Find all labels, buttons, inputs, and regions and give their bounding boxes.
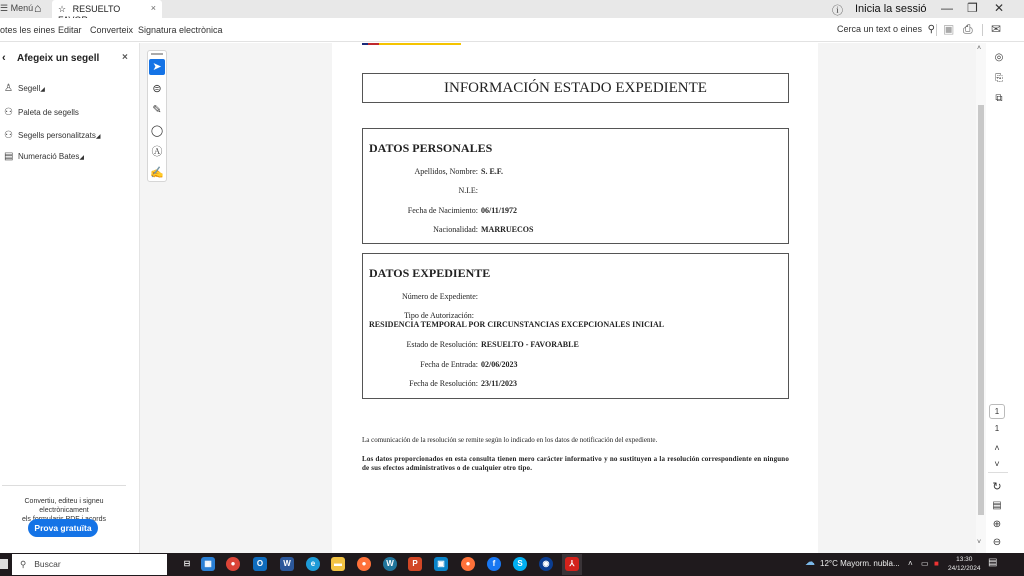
- custom-stamps-icon: ⚇: [4, 130, 16, 141]
- quick-tools-toolbar: ➤ ⊜ ✎ ◯ Ⓐ ✍: [147, 50, 167, 182]
- page-down-icon[interactable]: ˅: [989, 459, 1005, 469]
- show-hidden-icons[interactable]: ˄: [908, 559, 913, 568]
- notice-disclaimer: Los datos proporcionados en esta consult…: [362, 455, 789, 473]
- field-label: Fecha de Nacimiento:: [363, 206, 478, 215]
- field-label: Número de Expediente:: [363, 292, 478, 301]
- file-explorer-taskbar-icon[interactable]: ▬: [331, 557, 345, 571]
- clock-date: 24/12/2024: [948, 564, 981, 573]
- zoom-out-icon[interactable]: ⊖: [989, 537, 1005, 548]
- field-label: Fecha de Resolución:: [363, 379, 478, 388]
- facebook-taskbar-icon[interactable]: f: [487, 557, 501, 571]
- tab-close-icon[interactable]: ×: [151, 3, 156, 13]
- tool-item-custom-stamps[interactable]: ⚇Segells personalitzats◢: [4, 130, 100, 141]
- weather-icon[interactable]: ☁: [805, 557, 815, 568]
- field-value: MARRUECOS: [481, 225, 533, 234]
- field-value: RESUELTO - FAVORABLE: [481, 340, 579, 349]
- vertical-scrollbar[interactable]: ˄ ˅: [976, 43, 986, 553]
- field-value: 02/06/2023: [481, 360, 517, 369]
- page-up-icon[interactable]: ˄: [989, 443, 1005, 453]
- clock[interactable]: 13:30 24/12/2024: [948, 555, 981, 573]
- help-icon[interactable]: ⓘ: [832, 2, 843, 18]
- field-label: Fecha de Entrada:: [363, 360, 478, 369]
- star-icon[interactable]: ☆: [58, 4, 66, 14]
- promo-line: Convertiu, editeu i signeu electrònicame…: [0, 497, 128, 515]
- firefox-taskbar-icon[interactable]: ●: [357, 557, 371, 571]
- back-icon[interactable]: ‹: [2, 52, 6, 64]
- submenu-caret-icon: ◢: [79, 155, 84, 161]
- field-name: Apellidos, Nombre:S. E.F.: [363, 167, 503, 176]
- field-value: S. E.F.: [481, 167, 503, 176]
- divider: [936, 24, 937, 36]
- outlook-taskbar-icon[interactable]: O: [253, 557, 267, 571]
- sign-in-button[interactable]: Inicia la sessió: [855, 3, 927, 15]
- field-label: Estado de Resolución:: [363, 340, 478, 349]
- field-value: 23/11/2023: [481, 379, 517, 388]
- powerpoint-taskbar-icon[interactable]: P: [408, 557, 422, 571]
- minimize-button[interactable]: —: [941, 1, 953, 15]
- tool-item-bates-numbering[interactable]: ▤Numeració Bates◢: [4, 151, 84, 162]
- webex-taskbar-icon[interactable]: ◉: [539, 557, 553, 571]
- field-label: Nacionalidad:: [363, 225, 478, 234]
- scrollbar-thumb[interactable]: [978, 105, 984, 515]
- field-value: 06/11/1972: [481, 206, 517, 215]
- print-icon[interactable]: ⎙: [963, 22, 973, 37]
- field-entry-date: Fecha de Entrada:02/06/2023: [363, 360, 517, 369]
- maximize-button[interactable]: ❐: [967, 1, 978, 15]
- drag-handle[interactable]: [151, 53, 163, 55]
- weather-text[interactable]: 12°C Mayorm. nubla...: [820, 559, 900, 568]
- scroll-down-icon[interactable]: ˅: [977, 539, 981, 546]
- section-heading: DATOS EXPEDIENTE: [369, 266, 490, 281]
- field-label: N.I.E:: [363, 186, 478, 195]
- divider: [988, 472, 1008, 473]
- section-heading: DATOS PERSONALES: [369, 141, 492, 156]
- field-resolution-date: Fecha de Resolución:23/11/2023: [363, 379, 517, 388]
- microsoft-store-taskbar-icon[interactable]: ▦: [201, 557, 215, 571]
- divider: [2, 485, 126, 486]
- title-bar: ☰ Menú ⌂ ☆ RESUELTO FAVOR... × ⓘ Inicia …: [0, 0, 1024, 18]
- app-menu-button[interactable]: ☰ Menú: [0, 3, 33, 14]
- bookmark-icon[interactable]: ⎘: [992, 73, 1006, 84]
- stamp-palette-icon: ⚇: [4, 107, 16, 118]
- task-view-taskbar-icon[interactable]: ⊟: [180, 557, 194, 571]
- wordpress-taskbar-icon[interactable]: W: [383, 557, 397, 571]
- menu-convert[interactable]: Converteix: [90, 25, 133, 35]
- stamp-panel: ‹ Afegeix un segell × ♙Segell◢ ⚇Paleta d…: [0, 43, 140, 553]
- start-button[interactable]: [0, 559, 8, 569]
- tool-item-label: Numeració Bates: [18, 152, 79, 161]
- taskbar: ⚲Buscar ⊟▦●OWe▬●WP▣●fS◉⅄ ☁ 12°C Mayorm. …: [0, 553, 1024, 576]
- search-tools-button[interactable]: Cerca un text o eines ⚲: [837, 24, 935, 35]
- flag-stripe-red: [368, 43, 379, 45]
- edge-taskbar-icon[interactable]: e: [306, 557, 320, 571]
- firefox-2-taskbar-icon[interactable]: ●: [461, 557, 475, 571]
- sign-tool-icon[interactable]: ✍: [149, 165, 165, 181]
- personal-data-section: DATOS PERSONALES Apellidos, Nombre:S. E.…: [362, 128, 789, 244]
- bates-numbering-icon: ▤: [4, 151, 16, 162]
- page-total: 1: [989, 424, 1005, 433]
- mail-icon[interactable]: ✉: [991, 22, 1001, 36]
- menu-edit[interactable]: Editar: [58, 25, 82, 35]
- word-taskbar-icon[interactable]: W: [280, 557, 294, 571]
- page-save-icon[interactable]: ▤: [989, 500, 1005, 511]
- clock-time: 13:30: [948, 555, 981, 564]
- menu-e-signature[interactable]: Signatura electrònica: [138, 25, 223, 35]
- acrobat-taskbar-icon[interactable]: ⅄: [565, 557, 579, 571]
- document-title: INFORMACIÓN ESTADO EXPEDIENTE: [362, 73, 789, 103]
- free-trial-button[interactable]: Prova gratuïta: [28, 519, 98, 537]
- field-nie: N.I.E:: [363, 186, 481, 195]
- field-label: Tipo de Autorización:: [363, 311, 474, 320]
- submenu-caret-icon: ◢: [96, 134, 101, 140]
- chrome-taskbar-icon[interactable]: ●: [226, 557, 240, 571]
- remote-desktop-taskbar-icon[interactable]: ▣: [434, 557, 448, 571]
- search-placeholder: Buscar: [34, 559, 60, 569]
- page-number-input[interactable]: 1: [989, 404, 1005, 419]
- text-box-tool-icon[interactable]: Ⓐ: [149, 144, 165, 160]
- expediente-section: DATOS EXPEDIENTE Número de Expediente: T…: [362, 253, 789, 399]
- pen-tool-icon[interactable]: ✎: [149, 102, 165, 118]
- menu-bar: otes les eines Editar Converteix Signatu…: [0, 18, 1024, 42]
- tool-item-label: Paleta de segells: [18, 108, 79, 117]
- panel-close-icon[interactable]: ×: [122, 52, 128, 63]
- document-tab[interactable]: ☆ RESUELTO FAVOR... ×: [52, 0, 162, 18]
- save-icon[interactable]: ▣: [943, 22, 954, 36]
- field-file-number: Número de Expediente:: [363, 292, 481, 301]
- ai-assistant-icon[interactable]: ◎: [992, 52, 1006, 63]
- close-window-button[interactable]: ✕: [994, 1, 1004, 15]
- tool-item-label: Segell: [18, 84, 40, 93]
- search-icon: ⚲: [20, 559, 26, 569]
- zoom-in-icon[interactable]: ⊕: [989, 519, 1005, 530]
- field-nationality: Nacionalidad:MARRUECOS: [363, 225, 533, 234]
- field-authorization-value: RESIDENCIA TEMPORAL POR CIRCUNSTANCIAS E…: [369, 320, 664, 329]
- security-icon[interactable]: ■: [934, 559, 939, 568]
- field-resolution-status: Estado de Resolución:RESUELTO - FAVORABL…: [363, 340, 579, 349]
- field-birthdate: Fecha de Nacimiento:06/11/1972: [363, 206, 517, 215]
- document-margin: [818, 43, 976, 553]
- comment-tool-icon[interactable]: ⊜: [149, 81, 165, 97]
- flag-stripe-yellow: [379, 43, 461, 45]
- select-tool-icon[interactable]: ➤: [149, 59, 165, 75]
- field-label: Apellidos, Nombre:: [363, 167, 478, 176]
- home-icon[interactable]: ⌂: [34, 1, 41, 15]
- scroll-up-icon[interactable]: ˄: [977, 45, 981, 52]
- field-authorization-type: Tipo de Autorización:: [363, 311, 474, 320]
- notice-communication: La comunicación de la resolución se remi…: [362, 436, 789, 444]
- copy-pages-icon[interactable]: ⧉: [992, 93, 1006, 104]
- search-icon: ⚲: [928, 24, 935, 35]
- notifications-icon[interactable]: ▤: [988, 557, 997, 568]
- toolbar-column: [140, 43, 332, 553]
- tool-item-stamp[interactable]: ♙Segell◢: [4, 83, 45, 94]
- lasso-tool-icon[interactable]: ◯: [149, 123, 165, 139]
- search-label: Cerca un text o eines: [837, 24, 922, 34]
- tool-item-label: Segells personalitzats: [18, 131, 96, 140]
- panel-title: Afegeix un segell: [17, 53, 99, 64]
- stamp-icon: ♙: [4, 83, 16, 94]
- tool-item-stamp-palette[interactable]: ⚇Paleta de segells: [4, 107, 79, 118]
- submenu-caret-icon: ◢: [40, 87, 45, 93]
- skype-taskbar-icon[interactable]: S: [513, 557, 527, 571]
- rotate-icon[interactable]: ↻: [989, 480, 1005, 493]
- taskbar-search[interactable]: ⚲Buscar: [12, 554, 167, 575]
- network-icon[interactable]: ▭: [921, 559, 929, 568]
- right-rail: ◎ ⎘ ⧉ 1 1 ˄ ˅ ↻ ▤ ⊕ ⊖: [986, 43, 1024, 553]
- menu-all-tools[interactable]: otes les eines: [0, 25, 55, 35]
- divider: [982, 24, 983, 36]
